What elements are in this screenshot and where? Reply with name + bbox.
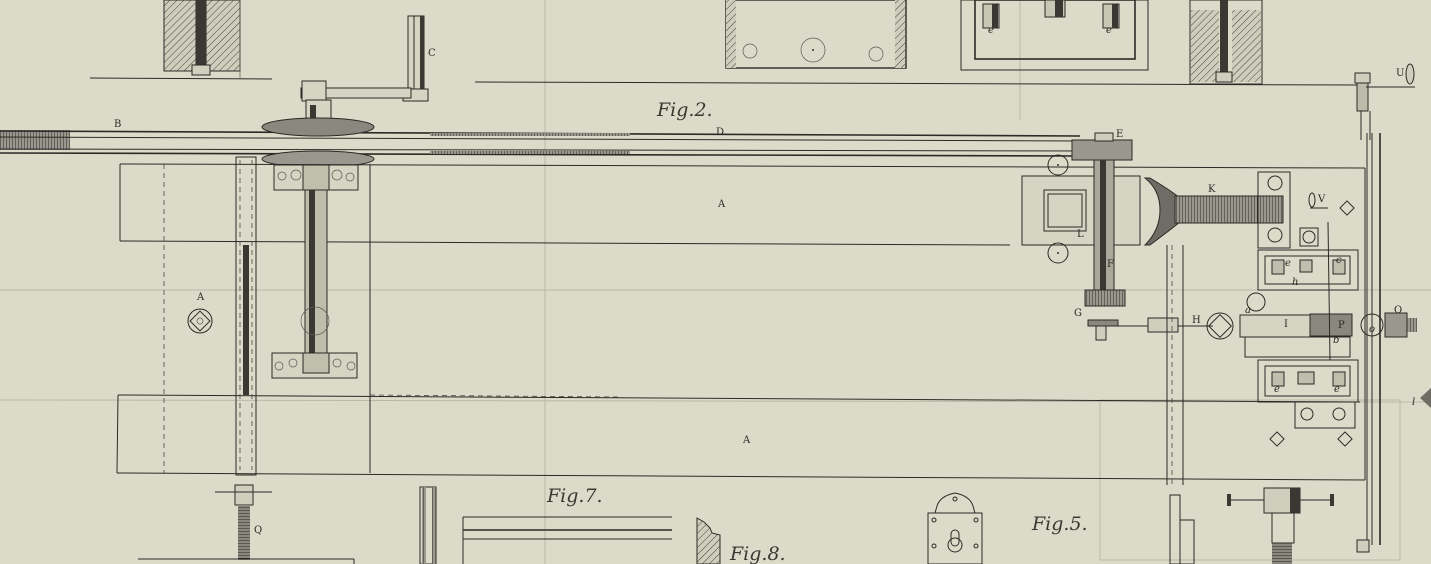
handle-u	[1355, 64, 1415, 140]
top-left-hatched-block	[90, 0, 272, 79]
part-label-h: H	[1192, 316, 1201, 326]
fig8-profile	[697, 518, 720, 564]
sub-label-c: c	[1336, 256, 1342, 266]
sub-label-e: e	[1274, 385, 1280, 395]
figure-title-fig8: Fig.8.	[730, 545, 786, 564]
fig5-screw-clamp	[1170, 488, 1334, 564]
part-label-u: U	[1396, 69, 1404, 79]
fig7-section	[420, 487, 672, 564]
technical-drawing-canvas	[0, 0, 1431, 564]
part-label-g: G	[1074, 309, 1082, 319]
sub-label-l: l	[1412, 398, 1415, 408]
sub-label-e: e	[1106, 26, 1112, 36]
part-label-k: K	[1208, 185, 1215, 195]
belt-shaft-b-d	[0, 118, 1100, 167]
part-label-v: V	[1318, 195, 1325, 205]
part-label-q: Q	[254, 526, 262, 536]
lock-plate-fig	[928, 493, 982, 564]
part-label-l: L	[1077, 230, 1084, 240]
sub-label-o: o	[1369, 325, 1375, 335]
figure-title-fig5: Fig.5.	[1032, 515, 1088, 534]
part-label-p: P	[1338, 321, 1345, 331]
engraved-machine-plate: Fig.2. Fig.7. Fig.8. Fig.5. B C D E A A …	[0, 0, 1431, 564]
crank-handle-c	[301, 16, 428, 122]
top-right-hatched-block	[1190, 0, 1262, 84]
sub-label-e: e	[1334, 385, 1340, 395]
bolt-a-left	[188, 309, 212, 333]
part-label-b: B	[114, 120, 121, 130]
sub-label-a: a	[1245, 306, 1251, 316]
part-label-d: D	[716, 128, 724, 138]
left-roller-shaft	[236, 157, 256, 475]
sub-label-b: b	[1333, 336, 1339, 346]
screw-q	[138, 485, 354, 564]
part-label-a-lower: A	[743, 436, 750, 446]
part-label-a-left: A	[197, 293, 204, 303]
part-label-f: F	[1107, 260, 1114, 270]
sub-label-e: e	[1285, 259, 1291, 269]
right-mechanism-frame	[1022, 133, 1431, 552]
part-label-e: E	[1116, 130, 1123, 140]
sub-label-h: h	[1292, 278, 1298, 288]
vertical-spindle-bearings	[272, 165, 358, 378]
part-label-c: C	[428, 49, 436, 59]
part-label-i: I	[1284, 320, 1288, 330]
part-label-o: O	[1394, 306, 1402, 316]
figure-title-fig7: Fig.7.	[547, 487, 603, 506]
sub-label-e: e	[988, 26, 994, 36]
figure-title-fig2: Fig.2.	[657, 101, 713, 120]
part-label-a-upper: A	[718, 200, 725, 210]
